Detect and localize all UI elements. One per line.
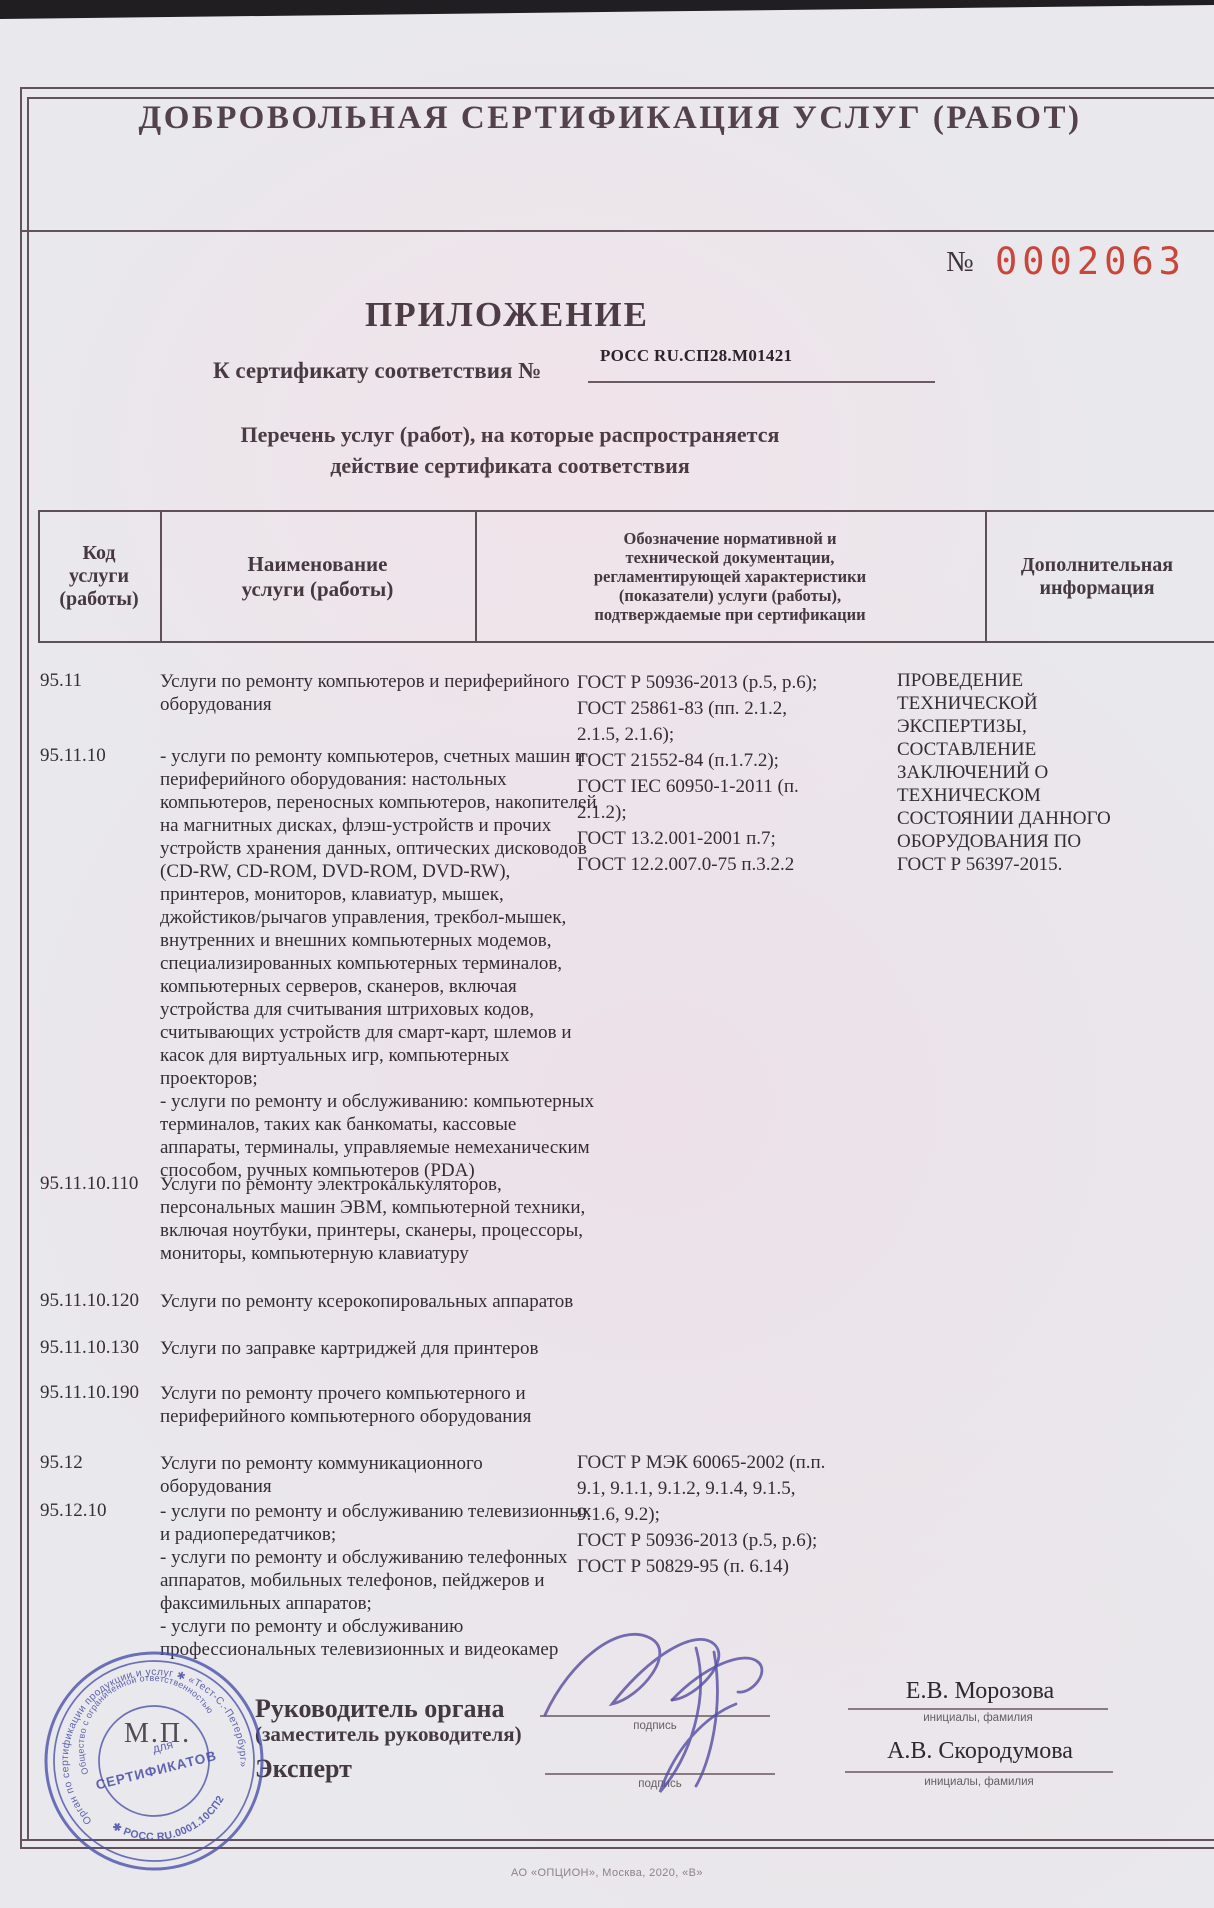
banner-title: ДОБРОВОЛЬНАЯ СЕРТИФИКАЦИЯ УСЛУГ (РАБОТ) (30, 100, 1190, 137)
column-header-info: Дополнительная информация (987, 510, 1207, 643)
list-subtitle-line2: действие сертификата соответствия (60, 453, 960, 479)
person-name-2: А.В. Скородумова (845, 1738, 1115, 1765)
document-number-label: № (946, 246, 974, 279)
service-code: 95.11.10 (40, 745, 158, 767)
appendix-title: ПРИЛОЖЕНИЕ (327, 295, 687, 335)
certificate-number-underline (588, 381, 935, 383)
frame-left-inner (27, 97, 29, 1841)
service-name: Услуги по ремонту коммуникационного обор… (160, 1452, 597, 1498)
list-subtitle-line1: Перечень услуг (работ), на которые распр… (60, 422, 960, 448)
service-code: 95.11.10.120 (40, 1290, 158, 1312)
additional-info-block: ПРОВЕДЕНИЕ ТЕХНИЧЕСКОЙ ЭКСПЕРТИЗЫ, СОСТА… (897, 669, 1214, 876)
column-header-name: Наименование услуги (работы) (162, 510, 473, 643)
service-name: Услуги по ремонту ксерокопировальных апп… (160, 1290, 597, 1313)
name-caption-2: инициалы, фамилия (845, 1776, 1113, 1788)
service-code: 95.12 (40, 1452, 158, 1474)
frame-left-outer (20, 87, 22, 1848)
frame-top-inner (27, 97, 1214, 99)
service-name: - услуги по ремонту компьютеров, счетных… (160, 745, 597, 1182)
service-code: 95.11.10.130 (40, 1337, 158, 1359)
scan-edge-artifact (0, 0, 1214, 20)
service-code: 95.12.10 (40, 1500, 158, 1522)
document-number: 0002063 (995, 240, 1186, 283)
service-name: Услуги по ремонту электрокалькуляторов, … (160, 1173, 597, 1265)
stamp-center-word-1: для (151, 1737, 174, 1756)
name-caption-1: инициалы, фамилия (848, 1712, 1108, 1724)
certificate-page: ДОБРОВОЛЬНАЯ СЕРТИФИКАЦИЯ УСЛУГ (РАБОТ) … (0, 0, 1214, 1908)
frame-top-outer (20, 87, 1214, 89)
header-divider-line (20, 230, 1214, 232)
normative-docs-block-1: ГОСТ Р 50936-2013 (р.5, р.6); ГОСТ 25861… (577, 670, 882, 878)
service-name: Услуги по ремонту прочего компьютерного … (160, 1382, 597, 1428)
deputy-head-label: (заместитель руководителя) (255, 1722, 522, 1747)
service-name: Услуги по заправке картриджей для принте… (160, 1337, 597, 1360)
normative-docs-block-2: ГОСТ Р МЭК 60065-2002 (п.п. 9.1, 9.1.1, … (577, 1450, 882, 1580)
column-header-code: Код услуги (работы) (40, 510, 158, 643)
name-line-1 (848, 1708, 1108, 1710)
handwritten-signature (500, 1600, 840, 1820)
head-of-body-label: Руководитель органа (255, 1694, 505, 1724)
service-code: 95.11.10.190 (40, 1382, 158, 1404)
certificate-reference-label: К сертификату соответствия № (213, 358, 541, 384)
name-line-2 (845, 1771, 1113, 1773)
service-name: Услуги по ремонту компьютеров и перифери… (160, 670, 597, 716)
service-code: 95.11 (40, 670, 158, 692)
column-header-docs: Обозначение нормативной и технической до… (477, 510, 983, 643)
person-name-1: Е.В. Морозова (845, 1678, 1115, 1705)
service-code: 95.11.10.110 (40, 1173, 158, 1195)
certificate-number: РОСС RU.СП28.М01421 (600, 346, 792, 366)
